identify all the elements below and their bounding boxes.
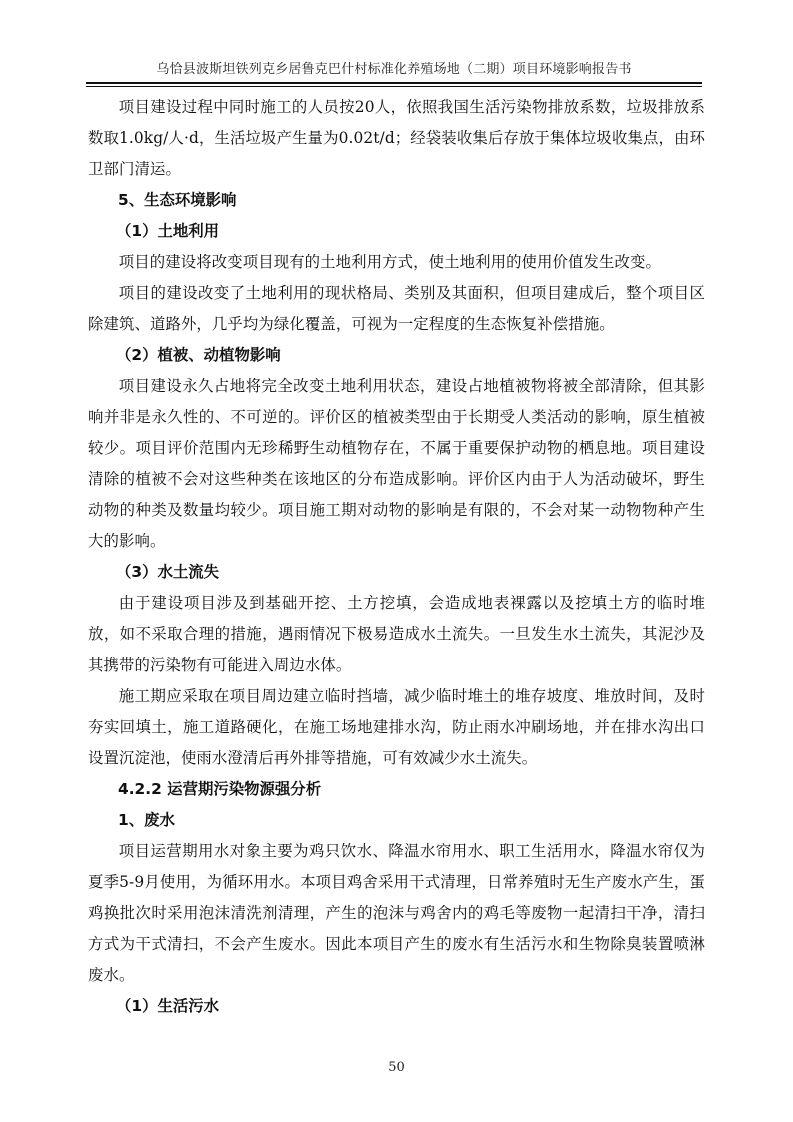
paragraph-wastewater: 项目运营期用水对象主要为鸡只饮水、降温水帘用水、职工生活用水，降温水帘仅为夏季5… [88, 836, 705, 991]
paragraph-soil-erosion-1: 由于建设项目涉及到基础开挖、土方挖填，会造成地表裸露以及挖填土方的临时堆放，如不… [88, 588, 705, 681]
header-divider [86, 82, 702, 87]
heading-vegetation-wildlife: （2）植被、动植物影响 [88, 340, 705, 371]
heading-land-use: （1）土地利用 [88, 216, 705, 247]
document-body: 项目建设过程中同时施工的人员按20人，依照我国生活污染物排放系数，垃圾排放系数取… [88, 92, 705, 1022]
heading-wastewater: 1、废水 [88, 805, 705, 836]
paragraph-soil-erosion-2: 施工期应采取在项目周边建立临时挡墙，减少临时堆土的堆存坡度、堆放时间，及时夯实回… [88, 681, 705, 774]
page-number: 50 [0, 1060, 793, 1075]
page-header-title: 乌恰县波斯坦铁列克乡居鲁克巴什村标准化养殖场地（二期）项目环境影响报告书 [86, 58, 702, 77]
paragraph-vegetation-wildlife: 项目建设永久占地将完全改变土地利用状态，建设占地植被物将被全部清除，但其影响并非… [88, 371, 705, 557]
heading-domestic-sewage: （1）生活污水 [88, 991, 705, 1022]
paragraph-land-use-2: 项目的建设改变了土地利用的现状格局、类别及其面积，但项目建成后，整个项目区除建筑… [88, 278, 705, 340]
paragraph-construction-waste: 项目建设过程中同时施工的人员按20人，依照我国生活污染物排放系数，垃圾排放系数取… [88, 92, 705, 185]
heading-operation-pollution-analysis: 4.2.2 运营期污染物源强分析 [88, 774, 705, 805]
paragraph-land-use-1: 项目的建设将改变项目现有的土地利用方式，使土地利用的使用价值发生改变。 [88, 247, 705, 278]
heading-soil-erosion: （3）水土流失 [88, 557, 705, 588]
heading-ecological-impact: 5、生态环境影响 [88, 185, 705, 216]
